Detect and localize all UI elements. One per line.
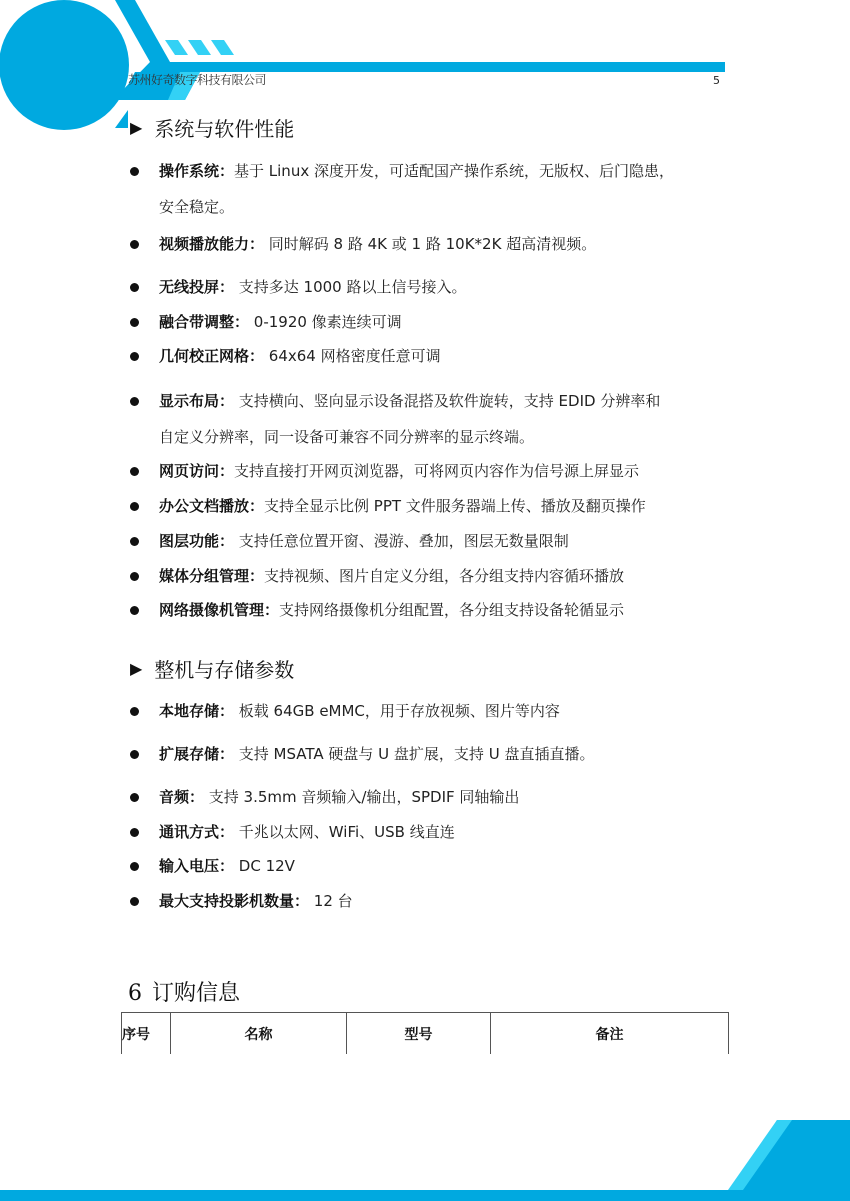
list-item: 媒体分组管理：支持视频、图片自定义分组，各分组支持内容循环播放	[128, 566, 728, 586]
page-number: 5	[713, 74, 720, 87]
list-item: 几何校正网格： 64x64 网格密度任意可调	[128, 346, 728, 366]
bullet-icon	[130, 828, 139, 837]
logo-circle-shape	[0, 0, 129, 130]
table-header-row: 序号 名称 型号 备注	[122, 1013, 729, 1055]
list-item: 办公文档播放：支持全显示比例 PPT 文件服务器端上传、播放及翻页操作	[128, 496, 728, 516]
list-item: 显示布局： 支持横向、竖向显示设备混搭及软件旋转，支持 EDID 分辨率和 自定…	[128, 391, 728, 447]
list-item: 视频播放能力： 同时解码 8 路 4K 或 1 路 10K*2K 超高清视频。	[128, 234, 728, 254]
list-item: 本地存储： 板载 64GB eMMC，用于存放视频、图片等内容	[128, 701, 728, 721]
bullet-icon	[130, 707, 139, 716]
list-item: 音频： 支持 3.5mm 音频输入/输出，SPDIF 同轴输出	[128, 787, 728, 807]
company-name: 苏州好奇数字科技有限公司	[128, 71, 266, 88]
bullet-icon	[130, 862, 139, 871]
bullet-icon	[130, 167, 139, 176]
triangle-bullet-icon: ▶	[130, 659, 142, 678]
list-item: 操作系统：基于 Linux 深度开发，可适配国产操作系统，无版权、后门隐患， 安…	[128, 161, 728, 217]
bullet-icon	[130, 352, 139, 361]
list-item: 扩展存储： 支持 MSATA 硬盘与 U 盘扩展，支持 U 盘直插直播。	[128, 744, 728, 764]
bullet-icon	[130, 750, 139, 759]
column-header-index: 序号	[122, 1013, 171, 1055]
list-item: 输入电压： DC 12V	[128, 856, 728, 876]
bullet-icon	[130, 572, 139, 581]
list-item: 网页访问：支持直接打开网页浏览器，可将网页内容作为信号源上屏显示	[128, 461, 728, 481]
order-info-heading: 6订购信息	[128, 976, 240, 1007]
order-table: 序号 名称 型号 备注	[121, 1012, 729, 1054]
column-header-model: 型号	[347, 1013, 491, 1055]
bullet-icon	[130, 318, 139, 327]
bullet-icon	[130, 467, 139, 476]
list-item: 最大支持投影机数量： 12 台	[128, 891, 728, 911]
bullet-icon	[130, 240, 139, 249]
list-item: 无线投屏： 支持多达 1000 路以上信号接入。	[128, 277, 728, 297]
bullet-icon	[130, 537, 139, 546]
section-title: 整机与存储参数	[154, 654, 294, 683]
section-heading-software: ▶ 系统与软件性能	[130, 113, 294, 142]
bullet-icon	[130, 502, 139, 511]
triangle-bullet-icon: ▶	[130, 118, 142, 137]
bullet-icon	[130, 793, 139, 802]
column-header-notes: 备注	[491, 1013, 729, 1055]
bullet-icon	[130, 606, 139, 615]
column-header-name: 名称	[171, 1013, 347, 1055]
bullet-icon	[130, 283, 139, 292]
section-heading-hardware: ▶ 整机与存储参数	[130, 654, 294, 683]
list-item: 图层功能： 支持任意位置开窗、漫游、叠加，图层无数量限制	[128, 531, 728, 551]
bullet-icon	[130, 897, 139, 906]
list-item: 融合带调整： 0-1920 像素连续可调	[128, 312, 728, 332]
bullet-icon	[130, 397, 139, 406]
section-title: 系统与软件性能	[154, 113, 294, 142]
list-item: 网络摄像机管理：支持网络摄像机分组配置，各分组支持设备轮循显示	[128, 600, 728, 620]
list-item: 通讯方式： 千兆以太网、WiFi、USB 线直连	[128, 822, 728, 842]
